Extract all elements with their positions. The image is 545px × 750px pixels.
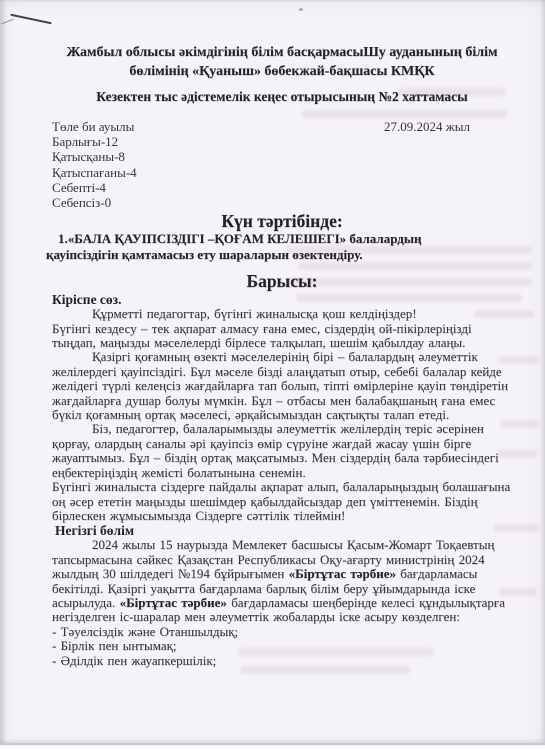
paragraph-meeting-purpose: Бүгінгі кездесу – тек ақпарат алмасу ған… — [52, 322, 512, 351]
main-section-heading: Негізгі бөлім — [52, 523, 512, 538]
agenda-item: 1.«БАЛА ҚАУІПСІЗДІГІ –ҚОҒАМ КЕЛЕШЕГІ» ба… — [46, 231, 470, 262]
meeting-date: 27.09.2024 жыл — [384, 119, 470, 134]
pen-mark — [10, 14, 51, 25]
scan-edge-bottom — [0, 743, 545, 750]
intro-section-heading: Кіріспе сөз. — [52, 292, 512, 307]
program-name-bold: «Біртұтас тәрбие» — [120, 595, 227, 610]
paragraph-social-network-safety: Қазіргі қоғамның өзекті мәселелерінің бі… — [52, 350, 512, 422]
attendance-stat-excused: Себепті-4 — [52, 180, 512, 195]
scan-edge-left — [0, 0, 7, 744]
document-page: Жамбыл облысы әкімдігінің білім басқарма… — [0, 0, 545, 750]
attendance-stat-unexcused: Себепсіз-0 — [52, 195, 512, 210]
list-item-independence: - Тәуелсіздік және Отаншылдық; — [52, 625, 512, 639]
proceedings-heading: Барысы: — [52, 271, 512, 291]
scan-edge-right — [540, 0, 545, 744]
attendance-stat-total: Барлығы-12 — [52, 134, 512, 149]
meta-block: Төле би ауылы 27.09.2024 жыл Барлығы-12 … — [52, 119, 512, 210]
protocol-title: Кезектен тыс әдістемелік кеңес отырысыны… — [52, 88, 512, 105]
document-content: Жамбыл облысы әкімдігінің білім басқарма… — [52, 0, 512, 668]
organization-title: Жамбыл облысы әкімдігінің білім басқарма… — [52, 43, 512, 81]
attendance-stat-absent: Қатыспағаны-4 — [52, 165, 512, 180]
paragraph-wishes: Бүгінгі жиналыста сіздерге пайдалы ақпар… — [52, 480, 512, 523]
list-item-justice: - Әділдік пен жауапкершілік; — [52, 654, 512, 668]
values-list: - Тәуелсіздік және Отаншылдық; - Бірлік … — [52, 625, 512, 668]
paragraph-teachers-responsibility: Біз, педагогтер, балаларымызды әлеуметті… — [52, 422, 512, 480]
meta-row: Төле би ауылы 27.09.2024 жыл — [52, 119, 512, 134]
paragraph-program: 2024 жылы 15 наурызда Мемлекет басшысы Қ… — [52, 538, 512, 624]
paragraph-welcome: Құрметті педагогтар, бүгінгі жиналысқа қ… — [52, 307, 512, 321]
meeting-location: Төле би ауылы — [52, 119, 134, 134]
list-item-unity: - Бірлік пен ынтымақ; — [52, 639, 512, 653]
agenda-heading: Күн тәртібінде: — [52, 211, 512, 231]
program-name-bold: «Біртұтас тәрбие» — [289, 566, 396, 581]
attendance-stat-present: Қатысқаны-8 — [52, 149, 512, 164]
